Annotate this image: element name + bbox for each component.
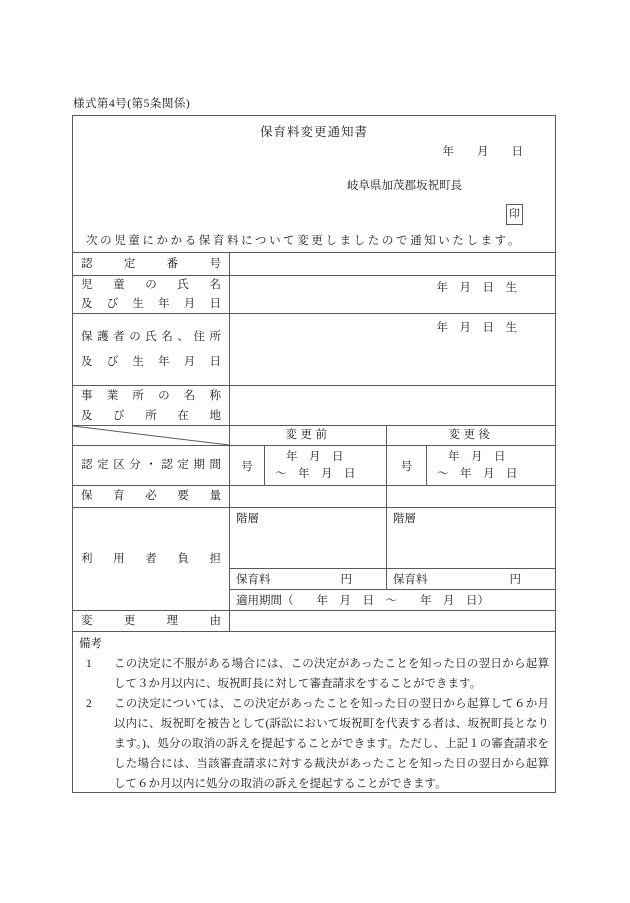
- note-number: 2: [86, 694, 114, 794]
- document-title: 保育料変更通知書: [73, 122, 555, 140]
- office-value: [230, 386, 555, 425]
- certification-number-value: [230, 253, 555, 275]
- child-name-label: 児童の氏名 及び生年月日: [73, 276, 230, 313]
- before-period: 年 月 日 ～ 年 月 日: [265, 446, 387, 485]
- intro-sentence: 次の児童にかかる保育料について変更しましたので通知いたします。: [86, 232, 522, 248]
- note-item: 2 この決定については、この決定があったことを知った日の翌日から起算して６か月以…: [79, 694, 549, 794]
- certification-number-label: 認定番号: [73, 253, 230, 275]
- apply-period-text: 適用期間（ 年 月 日 ～ 年 月 日）: [236, 592, 489, 608]
- notification-form: 保育料変更通知書 年 月 日 岐阜県加茂郡坂祝町長 印 次の児童にかかる保育料に…: [72, 115, 556, 793]
- before-fee-label: 保育料: [236, 571, 271, 587]
- row-column-headers: 変更前 変更後: [73, 425, 555, 445]
- child-name-value: 年 月 日 生: [230, 276, 555, 313]
- note-text: この決定に不服がある場合には、この決定があったことを知った日の翌日から起算して３…: [114, 654, 549, 694]
- diagonal-line: [73, 426, 229, 445]
- note-number: 1: [86, 654, 114, 694]
- row-guardian: 保護者の氏名、住所 及び生年月日 年 月 日 生: [73, 313, 555, 385]
- issuer-name: 岐阜県加茂郡坂祝町長: [347, 177, 462, 193]
- user-burden-label: 利用者負担: [73, 508, 230, 610]
- office-label: 事業所の名称 及び所在地: [73, 386, 230, 425]
- row-child-name: 児童の氏名 及び生年月日 年 月 日 生: [73, 275, 555, 313]
- fee-row: 保育料 円 保育料 円: [230, 568, 555, 589]
- form-number: 様式第4号(第5条関係): [73, 95, 190, 111]
- user-burden-values: 階層 階層 保育料 円 保育料 円 適用期間（ 年 月 日 ～ 年 月 日）: [230, 508, 555, 610]
- guardian-value: 年 月 日 生: [230, 314, 555, 385]
- row-user-burden: 利用者負担 階層 階層 保育料 円 保育料 円 適用期間（ 年 月 日 ～ 年 …: [73, 507, 555, 610]
- before-header: 変更前: [230, 426, 387, 445]
- care-before-value: [230, 486, 387, 507]
- after-fee: 保育料 円: [387, 569, 555, 589]
- care-after-value: [387, 486, 555, 507]
- row-certification-number: 認定番号: [73, 252, 555, 275]
- tier-row: 階層 階層: [230, 508, 555, 568]
- guardian-label: 保護者の氏名、住所 及び生年月日: [73, 314, 230, 385]
- guardian-birth-suffix: 年 月 日 生: [230, 314, 555, 335]
- row-care-necessity: 保育必要量: [73, 485, 555, 507]
- document-page: { "form_number": "様式第4号(第5条関係)", "header…: [0, 0, 630, 903]
- after-yen-unit: 円: [510, 571, 522, 587]
- after-fee-label: 保育料: [393, 571, 428, 587]
- notes-label: 備考: [79, 634, 549, 654]
- after-go-unit: 号: [387, 446, 427, 485]
- category-period-label: 認定区分・認定期間: [73, 446, 230, 485]
- care-necessity-values: [230, 486, 555, 507]
- form-header: 保育料変更通知書 年 月 日 岐阜県加茂郡坂祝町長 印 次の児童にかかる保育料に…: [73, 116, 555, 252]
- note-text: この決定については、この決定があったことを知った日の翌日から起算して６か月以内に…: [114, 694, 549, 794]
- row-office: 事業所の名称 及び所在地: [73, 385, 555, 425]
- diagonal-cell: [73, 426, 230, 445]
- after-header: 変更後: [387, 426, 555, 445]
- before-fee: 保育料 円: [230, 569, 387, 589]
- column-headers: 変更前 変更後: [230, 426, 555, 445]
- child-birth-suffix: 年 月 日 生: [230, 276, 555, 295]
- apply-period-row: 適用期間（ 年 月 日 ～ 年 月 日）: [230, 589, 555, 610]
- after-tier: 階層: [387, 508, 555, 568]
- note-item: 1 この決定に不服がある場合には、この決定があったことを知った日の翌日から起算し…: [79, 654, 549, 694]
- category-period-values: 号 年 月 日 ～ 年 月 日 号 年 月 日 ～ 年 月 日: [230, 446, 555, 485]
- seal-box: 印: [506, 204, 523, 225]
- before-tier: 階層: [230, 508, 387, 568]
- row-change-reason: 変更理由: [73, 610, 555, 631]
- issue-date: 年 月 日: [443, 143, 524, 159]
- notes-section: 備考 1 この決定に不服がある場合には、この決定があったことを知った日の翌日から…: [73, 631, 555, 794]
- change-reason-value: [230, 611, 555, 631]
- row-category-period: 認定区分・認定期間 号 年 月 日 ～ 年 月 日 号 年 月 日 ～ 年 月 …: [73, 445, 555, 485]
- before-go-unit: 号: [230, 446, 265, 485]
- before-yen-unit: 円: [341, 571, 353, 587]
- care-necessity-label: 保育必要量: [73, 486, 230, 507]
- after-period: 年 月 日 ～ 年 月 日: [427, 446, 555, 485]
- change-reason-label: 変更理由: [73, 611, 230, 631]
